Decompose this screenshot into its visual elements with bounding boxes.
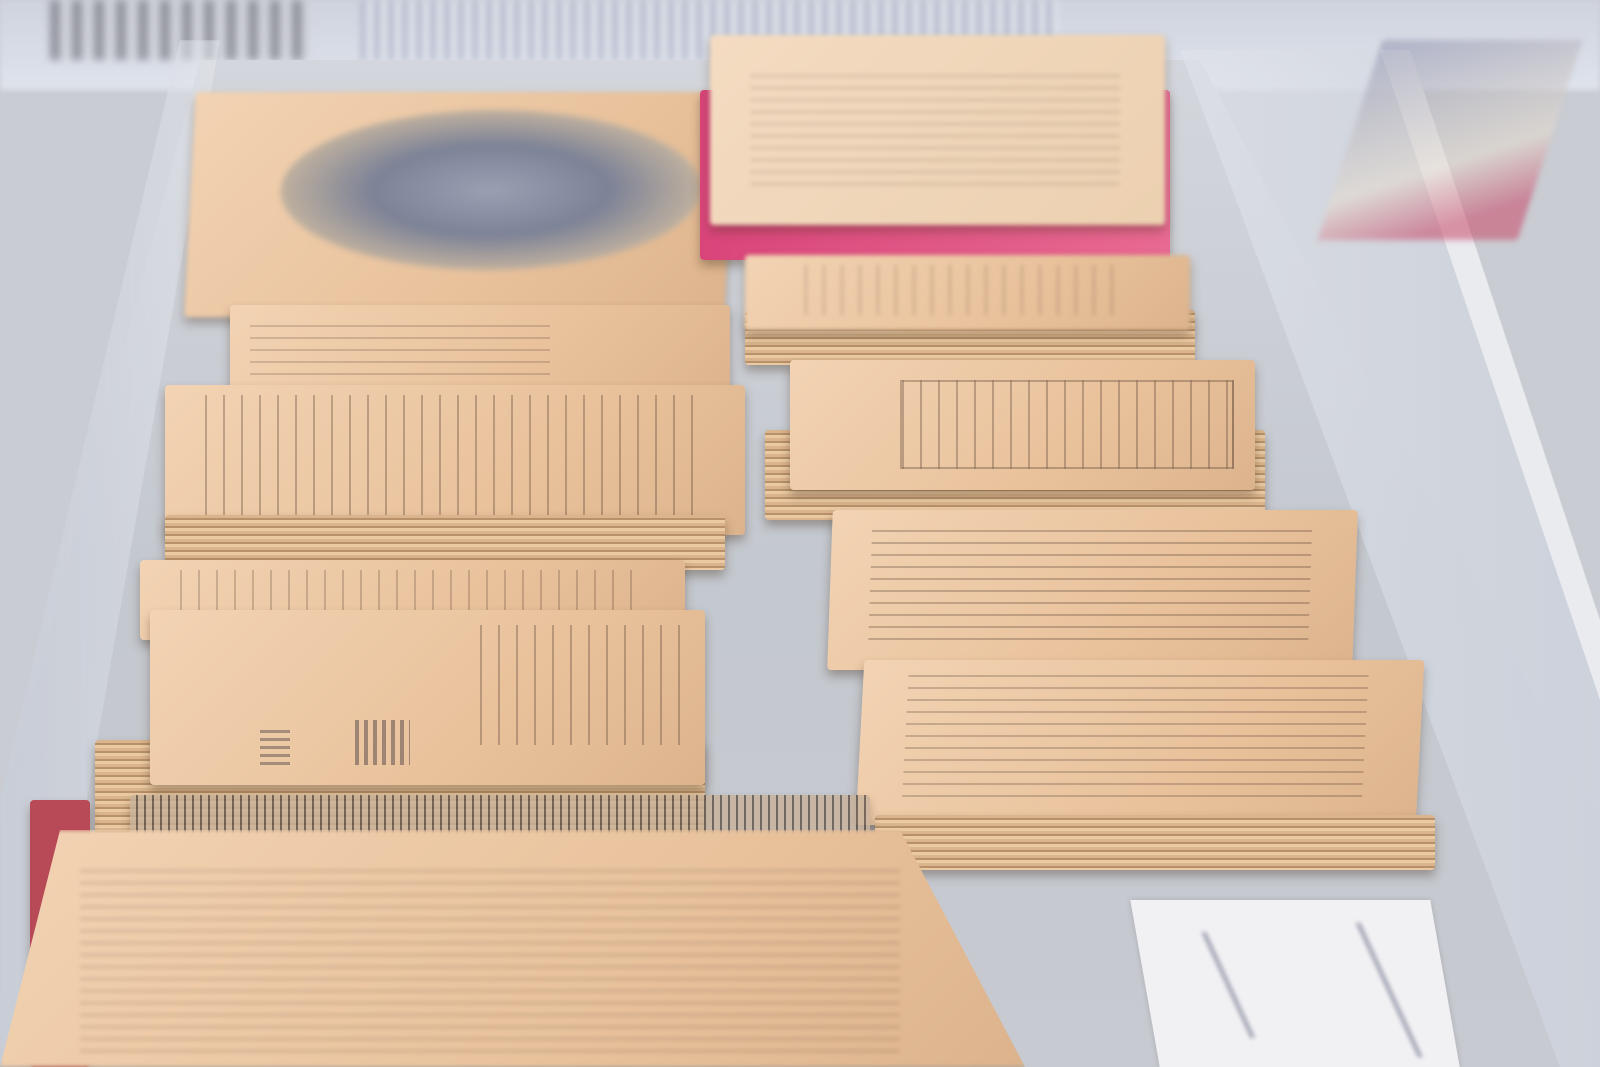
calligraphy-block — [80, 870, 900, 1060]
map-sheet — [184, 92, 736, 317]
label-text-line — [1201, 931, 1255, 1038]
calligraphy-block — [900, 380, 1234, 469]
bottom-book — [0, 830, 1025, 1067]
script-pages-left — [165, 385, 745, 535]
thin-booklet — [745, 255, 1190, 330]
text-block — [868, 530, 1312, 650]
open-book-edges — [875, 815, 1435, 870]
text-block — [250, 325, 550, 385]
open-book-right — [827, 510, 1358, 670]
script-columns — [480, 625, 680, 745]
book-top-right — [710, 35, 1165, 225]
patterned-strip — [130, 795, 870, 835]
label-text-line — [1355, 922, 1423, 1058]
oval-illustration — [277, 110, 705, 270]
title-frame — [805, 265, 1125, 315]
script-columns — [205, 395, 705, 515]
text-block — [902, 675, 1369, 805]
monument-illustration — [260, 730, 290, 770]
stack-left — [150, 610, 705, 785]
text-block — [750, 75, 1120, 185]
open-pages-left — [230, 305, 730, 395]
open-book-lower-page — [856, 660, 1425, 825]
monument-illustration — [355, 720, 410, 765]
framed-page — [790, 360, 1255, 490]
museum-display-scene — [0, 0, 1600, 1067]
exhibit-label — [1130, 900, 1459, 1067]
